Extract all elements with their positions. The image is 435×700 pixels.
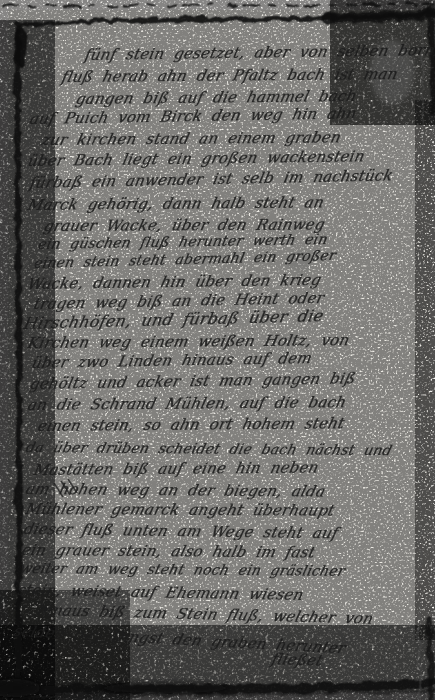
handwriting-line: da über drüben scheidet die bach nächst … [24, 440, 394, 459]
handwriting-line: hinaus biß zum Stein fluß, welcher von [36, 601, 376, 628]
handwriting-line: stein, weiset auf Ehemann wiesen [16, 581, 306, 604]
scanned-manuscript-page: fünf stein gesetzet, aber von selben bor… [0, 0, 435, 700]
handwriting-line: ein grauer stein, also halb im fast [20, 541, 318, 562]
handwriting-line: einen stein, so ahn ort hohem steht [36, 414, 347, 435]
handwriting-line: über zwo Linden hinaus auf dem [30, 349, 314, 372]
handwriting-line: weiter am weg steht noch ein gräslicher [18, 561, 347, 580]
handwriting-line: dieser fluß unten am Wege steht auf [22, 520, 340, 542]
handwriting-line: am hohen weg an der biegen, alda [24, 480, 328, 501]
handwriting-line: fließet [269, 650, 324, 670]
handwriting-line: Mastätten biß auf eine hin neben [32, 458, 321, 479]
handwriting-text-layer: fünf stein gesetzet, aber von selben bor… [0, 0, 435, 700]
handwriting-line: Marck gehörig, dann halb steht an [26, 193, 326, 214]
handwriting-line: an die Schrand Mühlen, auf die bach [26, 393, 348, 414]
handwriting-line: über Bach liegt ein großen wackenstein [26, 147, 367, 170]
handwriting-line: fürbaß ein anwender ist selb im nachstüc… [28, 166, 395, 192]
handwriting-line: fünf stein gesetzet, aber von selben bor… [83, 41, 435, 64]
handwriting-line: Mühlener gemarck angeht überhaupt [24, 500, 337, 520]
handwriting-line: zur kirchen stand an einem graben [40, 128, 343, 149]
handwriting-line: fluß herab ahn der Pfaltz bach ist man [60, 65, 400, 86]
handwriting-line: gehöltz und acker ist man gangen biß [28, 369, 357, 393]
